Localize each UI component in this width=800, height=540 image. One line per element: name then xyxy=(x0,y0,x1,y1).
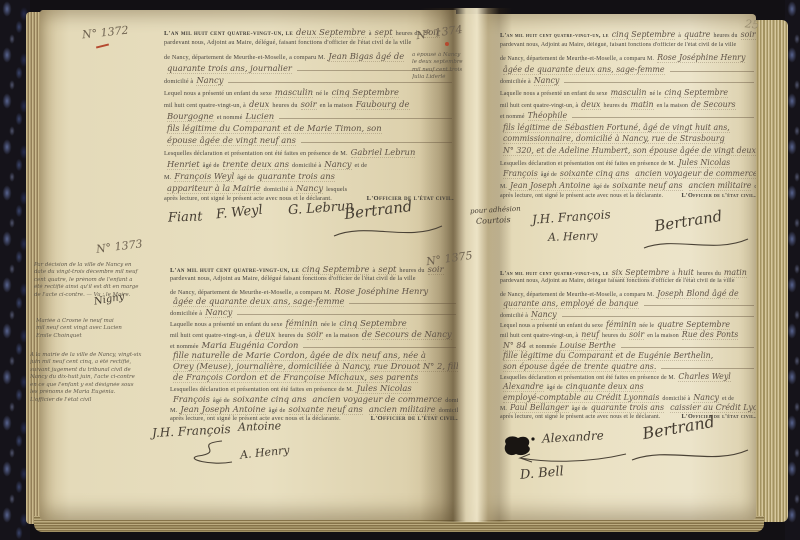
handwritten-text: masculin xyxy=(611,88,647,98)
printed-text: pardevant nous, Adjoint au Maire, délégu… xyxy=(164,39,411,46)
printed-text: heures du xyxy=(272,102,297,109)
printed-text: âgé de xyxy=(572,406,588,412)
handwritten-text: Lucien xyxy=(246,111,275,122)
form-line: Françoisâgé desoixante cinq ansancien vo… xyxy=(170,394,458,405)
handwritten-text: Henriet xyxy=(167,159,200,170)
handwritten-text: employé-comptable au Crédit Lyonnais xyxy=(503,393,659,403)
handwritten-text: Paul Bellanger xyxy=(510,403,569,413)
handwritten-text: Jules Nicolas xyxy=(357,383,412,394)
printed-text: domiciliée à xyxy=(500,79,531,85)
handwritten-text: ancien militaire xyxy=(689,181,752,191)
printed-text: de Nancy, département de Meurthe-et-Mose… xyxy=(164,54,325,61)
printed-text: Laquelle nous a présenté un enfant du se… xyxy=(500,91,608,97)
fill-rule xyxy=(279,114,452,119)
handwritten-text: quarante trois ans xyxy=(591,403,664,413)
printed-text: et de xyxy=(355,162,368,169)
margin-note-marriage: a épousé à Nancyle deux septembremil neu… xyxy=(412,52,488,82)
handwritten-text: appariteur à la Mairie xyxy=(167,183,261,194)
printed-text: heures du xyxy=(604,103,628,109)
record-1374-text: L'an mil huit cent quatre-vingt-un, leci… xyxy=(500,30,756,206)
form-line: Françoisâgé desoixante cinq ansancien vo… xyxy=(500,169,756,181)
printed-text: domicilié à xyxy=(500,313,528,319)
form-line: Henrietâgé detrente deux ansdomicilié àN… xyxy=(164,159,454,171)
printed-text: de Nancy, département de Meurthe-et-Mose… xyxy=(500,292,654,298)
printed-text: domicilié à xyxy=(439,407,458,414)
fill-rule xyxy=(301,138,452,143)
printed-text: lesquels xyxy=(326,186,347,193)
form-line: Bourgogneet nomméLucien xyxy=(164,111,454,123)
margin-note-line: mil neuf cent trois xyxy=(412,67,488,74)
handwritten-text: Rose Joséphine Henry xyxy=(334,286,428,297)
printed-text: M. xyxy=(170,407,177,414)
margin-note-line: suivant jugement du tribunal civil de xyxy=(30,367,168,374)
printed-text: heures du xyxy=(697,271,721,277)
handwritten-text: Théophile xyxy=(528,111,568,121)
form-line: Lequel nous a présenté un enfant du sexe… xyxy=(164,87,454,99)
form-line: domiciliée àNancy xyxy=(500,76,756,88)
handwritten-text: matin xyxy=(724,268,747,278)
margin-note-line: Par décision de la ville de Nancy en xyxy=(34,262,162,269)
printed-text: et nommée xyxy=(529,344,556,350)
printed-text: Lesquelles déclaration et présentation o… xyxy=(170,386,354,393)
handwritten-text: masculin xyxy=(275,87,313,98)
printed-text: mil huit cent quatre-vingt-un, à xyxy=(170,332,252,339)
margin-note-line: Émile Choinquet xyxy=(36,333,160,340)
form-line: fils légitime du Comparant et de Marie T… xyxy=(164,123,454,135)
form-line: domiciliée àNancy xyxy=(170,307,458,318)
printed-text: née le xyxy=(639,323,654,329)
handwritten-text: six Septembre xyxy=(612,268,669,278)
handwritten-text: soir xyxy=(307,329,323,340)
handwritten-text: quarante trois ans xyxy=(257,171,335,182)
printed-text: en la maison xyxy=(647,333,679,339)
handwritten-text: fils légitime de Sébastien Fortuné, âgé … xyxy=(503,123,730,133)
record-1372-text: L'an mil huit cent quatre-vingt-un, lede… xyxy=(164,27,454,211)
register-book-photo: 25 N° 1372 L'an mil huit cent quatre-vin… xyxy=(0,0,800,540)
form-line: commissionnaire, domicilié à Nancy, rue … xyxy=(500,134,756,146)
printed-text: M. xyxy=(164,174,171,181)
form-line: M.François Weylâgé dequarante trois ans xyxy=(164,171,454,183)
printed-text: pardevant nous, Adjoint au Maire, délégu… xyxy=(500,42,736,48)
printed-text: âgé de xyxy=(593,184,609,190)
handwritten-text: de Secours de Nancy xyxy=(362,329,452,340)
printed-text: domicilié à xyxy=(445,397,458,404)
form-line: L'an mil huit cent quatre-vingt-un, leci… xyxy=(170,264,458,275)
handwritten-text: neuf xyxy=(581,330,599,340)
form-line: de Nancy, département de Meurthe-et-Mose… xyxy=(170,286,458,297)
handwritten-text: féminin xyxy=(606,320,636,330)
printed-text: mil huit cent quatre-vingt-un, à xyxy=(500,333,578,339)
handwritten-text: quarante trois ans, journalier xyxy=(167,63,292,74)
form-line: fils légitime de Sébastien Fortuné, âgé … xyxy=(500,123,756,135)
margin-note-line: cent quatre, le prénom de l'enfant a xyxy=(34,277,162,284)
printed-text: de Nancy, département de Meurthe-et-Mose… xyxy=(500,56,654,62)
fill-rule xyxy=(572,113,754,118)
handwritten-text: Maria Eugénia Cordon xyxy=(202,340,299,351)
margin-note-line: a épousé à Nancy xyxy=(412,52,488,59)
handwritten-text: Gabriel Lebrun xyxy=(351,147,416,158)
handwritten-text: Louise Berthe xyxy=(560,341,616,351)
handwritten-text: Joseph Blond âgé de xyxy=(657,289,739,299)
handwritten-text: deux xyxy=(581,100,600,110)
printed-text: à xyxy=(369,30,372,37)
handwritten-text: matin xyxy=(631,100,654,110)
handwritten-text: ancien voyageur de commerce xyxy=(635,169,756,179)
handwritten-text: soir xyxy=(741,30,756,40)
printed-text: âgé de xyxy=(269,407,286,414)
printed-text: L'an mil huit cent quatre-vingt-un, le xyxy=(170,267,299,274)
form-line: domicilié àNancy xyxy=(500,310,756,320)
printed-text: domiciliée à xyxy=(170,310,202,317)
printed-text: en la maison xyxy=(657,103,689,109)
printed-text: après lecture, ont signé le présent acte… xyxy=(500,193,663,199)
margin-note-line: en ce que l'enfant y est désignée sous xyxy=(30,382,168,389)
handwritten-text: deux xyxy=(255,329,275,340)
form-line: Lesquelles déclaration et présentation o… xyxy=(170,383,458,394)
handwritten-text: soixante cinq ans xyxy=(560,169,629,179)
red-dot-mark xyxy=(445,42,449,46)
margin-note-marriage: Mariée à Crosne le neuf maimil neuf cent… xyxy=(36,318,160,340)
handwritten-text: soir xyxy=(629,330,644,340)
handwritten-text: féminin xyxy=(286,318,318,329)
signature-flourish xyxy=(182,438,238,470)
fill-rule xyxy=(670,67,754,72)
printed-text: L'an mil huit cent quatre-vingt-un, le xyxy=(500,270,609,277)
form-line: pardevant nous, Adjoint au Maire, délégu… xyxy=(170,275,458,286)
handwritten-text: fille légitime du Comparant et de Eugéni… xyxy=(503,351,713,361)
printed-text: âgé de xyxy=(237,174,254,181)
fill-rule xyxy=(564,78,754,83)
handwritten-text: âgée de quarante deux ans, sage-femme xyxy=(503,65,665,75)
margin-note-line: Nancy du dix-huit juin, l'acte ci-contre xyxy=(30,374,168,381)
printed-text: et nommée xyxy=(170,343,199,350)
handwritten-text: épouse âgée de vingt neuf ans xyxy=(167,135,296,146)
page-edges-right xyxy=(752,20,788,522)
handwritten-text: ancien militaire xyxy=(369,404,436,415)
handwritten-text: N° 84 xyxy=(503,341,526,351)
handwritten-text: Jean Joseph Antoine xyxy=(510,181,590,191)
signature-flourish xyxy=(628,444,752,466)
printed-text: heures du xyxy=(713,33,737,39)
printed-text: en la maison xyxy=(320,102,353,109)
printed-text: pardevant nous, Adjoint au Maire, délégu… xyxy=(500,278,735,284)
handwritten-text: fils légitime du Comparant et de Marie T… xyxy=(167,123,382,134)
form-line: M.Paul Bellangerâgé dequarante trois ans… xyxy=(500,403,756,413)
printed-text: âgé de xyxy=(213,397,230,404)
witness-signature: Fiant xyxy=(168,209,203,225)
printed-text: pardevant nous, Adjoint au Maire, délégu… xyxy=(170,275,416,282)
margin-note-line: Julia Liderlé xyxy=(412,74,488,81)
form-line: fille légitime du Comparant et de Eugéni… xyxy=(500,351,756,361)
form-line: Alexandreâgé decinquante deux ans xyxy=(500,382,756,392)
printed-text: né le xyxy=(649,91,661,97)
form-line: et nomméeMaria Eugénia Cordon xyxy=(170,340,458,351)
handwritten-text: deux Septembre xyxy=(296,27,366,38)
form-line: Lesquelles déclaration et présentation o… xyxy=(500,158,756,170)
form-line: Lesquelles déclaration et présentation o… xyxy=(500,372,756,382)
fill-rule xyxy=(562,312,754,317)
record-1373-text: L'an mil huit cent quatre-vingt-un, leci… xyxy=(170,264,458,429)
printed-text: domicilié à xyxy=(662,396,690,402)
handwritten-text: huit xyxy=(678,268,694,278)
handwritten-text: de François Cordon et de Françoise Micha… xyxy=(173,372,418,383)
fill-rule xyxy=(237,310,456,315)
printed-text: né le xyxy=(316,90,329,97)
margin-note-line: mil neuf cent vingt avec Lucien xyxy=(36,325,160,332)
handwritten-text: Bourgogne xyxy=(167,111,214,122)
printed-text: L'Officier de l'état civil. xyxy=(681,192,756,199)
handwritten-text: soixante neuf ans xyxy=(613,181,683,191)
printed-text: âgé de xyxy=(203,162,220,169)
form-line: de Nancy, département de Meurthe-et-Mose… xyxy=(164,51,454,63)
form-line: fille naturelle de Marie Cordon, âgée de… xyxy=(170,350,458,361)
handwritten-text: soixante neuf ans xyxy=(289,404,363,415)
fill-rule xyxy=(621,343,754,348)
handwritten-text: N° 320, et de Adeline Humbert, son épous… xyxy=(503,146,756,156)
handwritten-text: cinquante deux ans xyxy=(566,382,644,392)
margin-note-rectification: Par décision de la ville de Nancy endate… xyxy=(34,262,162,299)
form-line: Laquelle nous a présenté un enfant du se… xyxy=(170,318,458,329)
printed-text: Laquelle nous a présenté un enfant du se… xyxy=(170,321,283,328)
signature-flourish xyxy=(330,220,446,242)
printed-text: heures du xyxy=(602,333,626,339)
printed-text: et nommé xyxy=(217,114,243,121)
printed-text: à xyxy=(678,33,681,39)
handwritten-text: caissier au Crédit Lyonnais xyxy=(670,403,756,413)
printed-text: M. xyxy=(500,184,507,190)
handwritten-text: Rose Joséphine Henry xyxy=(657,53,745,63)
margin-note-line: les prénoms de Maria Eugénia. xyxy=(30,389,168,396)
handwritten-text: soixante cinq ans xyxy=(233,394,307,405)
form-line: L'an mil huit cent quatre-vingt-un, lesi… xyxy=(500,268,756,278)
handwritten-text: Alexandre xyxy=(503,382,544,392)
fill-rule xyxy=(644,301,754,306)
handwritten-text: François Weyl xyxy=(174,171,234,182)
fill-rule xyxy=(661,364,754,369)
printed-text: après lecture, ont signé le présent acte… xyxy=(500,414,660,420)
record-1375-text: L'an mil huit cent quatre-vingt-un, lesi… xyxy=(500,268,756,426)
handwritten-text: fille naturelle de Marie Cordon, âgée de… xyxy=(173,350,426,361)
handwritten-text: Nancy xyxy=(296,183,323,194)
form-line: Orey (Meuse), journalière, domiciliée à … xyxy=(170,361,458,372)
form-line: L'an mil huit cent quatre-vingt-un, leci… xyxy=(500,30,756,42)
form-line: M.Jean Joseph Antoineâgé desoixante neuf… xyxy=(170,404,458,415)
form-line: mil huit cent quatre-vingt-un, àdeuxheur… xyxy=(500,100,756,112)
printed-text: âgé de xyxy=(547,385,563,391)
printed-text: L'an mil huit cent quatre-vingt-un, le xyxy=(500,32,609,39)
handwritten-text: quatre xyxy=(684,30,710,40)
handwritten-text: âgée de quarante deux ans, sage-femme xyxy=(173,296,344,307)
form-line: quarante trois ans, journalier xyxy=(164,63,454,75)
handwritten-text: Nancy xyxy=(534,76,560,86)
printed-text: heures du xyxy=(399,267,424,274)
form-line: pardevant nous, Adjoint au Maire, délégu… xyxy=(164,39,454,51)
printed-text: mil huit cent quatre-vingt-un, à xyxy=(500,103,578,109)
handwritten-text: Jean Bigas âgé de xyxy=(328,51,404,62)
printed-text: domiciliée à xyxy=(754,184,756,190)
form-line: appariteur à la Mairiedomicilié àNancyle… xyxy=(164,183,454,195)
form-line: Lesquelles déclaration et présentation o… xyxy=(164,147,454,159)
form-line: son épouse âgée de trente quatre ans. xyxy=(500,362,756,372)
printed-text: et nommé xyxy=(500,114,525,120)
printed-text: Lesquelles déclaration et présentation o… xyxy=(500,161,675,167)
handwritten-text: Faubourg de xyxy=(356,99,410,110)
printed-text: Lequel nous a présenté un enfant du sexe xyxy=(164,90,272,97)
margin-note-line: Mariée à Crosne le neuf mai xyxy=(36,318,160,325)
form-line: âgée de quarante deux ans, sage-femme xyxy=(500,65,756,77)
margin-note-line: le deux septembre xyxy=(412,59,488,66)
form-line: mil huit cent quatre-vingt-un, àdeuxheur… xyxy=(170,329,458,340)
form-line: épouse âgée de vingt neuf ans xyxy=(164,135,454,147)
handwritten-text: sept xyxy=(378,264,396,275)
handwritten-text: Nancy xyxy=(693,393,719,403)
handwritten-text: son épouse âgée de trente quatre ans. xyxy=(503,362,656,372)
printed-text: Lesquelles déclaration et présentation o… xyxy=(164,150,348,157)
fill-rule xyxy=(349,299,456,304)
form-line: après lecture, ont signé le présent acte… xyxy=(500,413,756,423)
form-line: N° 320, et de Adeline Humbert, son épous… xyxy=(500,146,756,158)
handwritten-text: quarante ans, employé de banque xyxy=(503,299,639,309)
form-line: de François Cordon et de Françoise Micha… xyxy=(170,372,458,383)
printed-text: M. xyxy=(500,406,507,412)
printed-text: de Nancy, département de Meurthe-et-Mose… xyxy=(170,289,331,296)
printed-text: à xyxy=(672,271,675,277)
printed-text: domicilié à xyxy=(292,162,321,169)
printed-text: domicilié à xyxy=(264,186,293,193)
handwritten-text: trente deux ans xyxy=(223,159,290,170)
handwritten-text: François xyxy=(503,169,538,179)
printed-text: Lequel nous a présenté un enfant du sexe xyxy=(500,323,603,329)
form-line: L'an mil huit cent quatre-vingt-un, lede… xyxy=(164,27,454,39)
printed-text: à xyxy=(372,267,375,274)
printed-text: mil huit cent quatre-vingt-un, à xyxy=(164,102,246,109)
form-line: mil huit cent quatre-vingt-un, àdeuxheur… xyxy=(164,99,454,111)
adhesion-signature: Courtois xyxy=(476,215,511,226)
handwritten-text: Nancy xyxy=(531,310,557,320)
form-line: Laquelle nous a présenté un enfant du se… xyxy=(500,88,756,100)
handwritten-text: Jean Joseph Antoine xyxy=(180,404,265,415)
printed-text: domicilié à xyxy=(164,78,193,85)
handwritten-text: François xyxy=(173,394,210,405)
printed-text: heures du xyxy=(278,332,303,339)
printed-text: âgé de xyxy=(541,172,557,178)
handwritten-text: cinq Septembre xyxy=(612,30,676,40)
handwritten-text: Nancy xyxy=(324,159,351,170)
handwritten-text: ancien voyageur de commerce xyxy=(312,394,442,405)
form-line: et nomméThéophile xyxy=(500,111,756,123)
witness-signature: A. Henry xyxy=(548,229,598,244)
printed-text: née le xyxy=(321,321,337,328)
form-line: pardevant nous, Adjoint au Maire, délégu… xyxy=(500,278,756,288)
handwritten-text: cinq Septembre xyxy=(664,88,728,98)
form-line: âgée de quarante deux ans, sage-femme xyxy=(170,296,458,307)
handwritten-text: Charles Weyl xyxy=(678,372,730,382)
fill-rule xyxy=(303,343,456,348)
form-line: M.Jean Joseph Antoineâgé desoixante neuf… xyxy=(500,181,756,193)
handwritten-text: de Secours xyxy=(691,100,735,110)
printed-text: L'an mil huit cent quatre-vingt-un, le xyxy=(164,30,293,37)
handwritten-text: soir xyxy=(301,99,317,110)
handwritten-text: cinq Septembre xyxy=(339,318,406,329)
signature-flourish xyxy=(640,234,752,254)
printed-text: Lesquelles déclaration et présentation o… xyxy=(500,375,675,381)
signature-flourish xyxy=(514,450,630,466)
handwritten-text: cinq Septembre xyxy=(332,87,399,98)
margin-note-judgment: À la mairie de la ville de Nancy, vingt-… xyxy=(30,352,168,404)
handwritten-text: Nancy xyxy=(205,307,232,318)
printed-text: et de xyxy=(722,396,734,402)
margin-note-line: date du vingt-trois décembre mil neuf xyxy=(34,269,162,276)
printed-text: en la maison xyxy=(326,332,359,339)
margin-note-line: été rectifié ainsi qu'il est dit en marg… xyxy=(34,284,162,291)
handwritten-text: deux xyxy=(249,99,269,110)
form-line: après lecture, ont signé le présent acte… xyxy=(500,192,756,204)
form-line: N° 84et nomméeLouise Berthe xyxy=(500,341,756,351)
margin-note-line: À la mairie de la ville de Nancy, vingt-… xyxy=(30,352,168,359)
form-line: Lequel nous a présenté un enfant du sexe… xyxy=(500,320,756,330)
form-line: de Nancy, département de Meurthe-et-Mose… xyxy=(500,289,756,299)
handwritten-text: Nancy xyxy=(196,75,223,86)
form-line: quarante ans, employé de banque xyxy=(500,299,756,309)
form-line: domicilié àNancy xyxy=(164,75,454,87)
handwritten-text: commissionnaire, domicilié à Nancy, rue … xyxy=(503,134,725,144)
handwritten-text: Rue des Ponts xyxy=(682,330,739,340)
form-line: mil huit cent quatre-vingt-un, àneufheur… xyxy=(500,330,756,340)
form-line: de Nancy, département de Meurthe-et-Mose… xyxy=(500,53,756,65)
printed-text: L'Officier de l'état civil. xyxy=(371,415,458,422)
witness-signature: Antoine xyxy=(238,419,282,433)
margin-note-line: juin mil neuf cent cinq, a été rectifié, xyxy=(30,359,168,366)
form-line: pardevant nous, Adjoint au Maire, délégu… xyxy=(500,42,756,54)
margin-note-line: L'officier de l'état civil xyxy=(30,397,168,404)
form-line: employé-comptable au Crédit Lyonnaisdomi… xyxy=(500,393,756,403)
handwritten-text: cinq Septembre xyxy=(302,264,369,275)
handwritten-text: Orey (Meuse), journalière, domiciliée à … xyxy=(173,361,458,372)
handwritten-text: quatre Septembre xyxy=(657,320,730,330)
handwritten-text: Jules Nicolas xyxy=(678,158,730,168)
handwritten-text: sept xyxy=(375,27,393,38)
